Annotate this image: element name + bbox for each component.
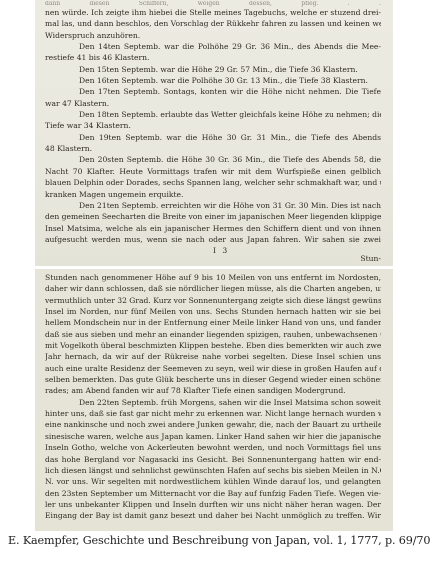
text-line: Tiefe war 34 Klastern.	[45, 120, 381, 131]
catchword: Stun-	[360, 253, 381, 264]
text-line: Den 22ten Septemb. früh Morgens, sahen w…	[45, 397, 381, 408]
text-line: Insel im Norden, nur fünf Meilen von uns…	[45, 306, 381, 317]
text-line: Den 19ten Septemb. war die Höhe 30 Gr. 3…	[45, 132, 381, 143]
text-line: Jahr hernach, da wir auf der Rükreise na…	[45, 351, 381, 362]
text-line: hinter uns, daß sie fast gar nicht mehr …	[45, 408, 381, 419]
text-line: Den 14ten Septemb. war die Polhöhe 29 Gr…	[45, 41, 381, 52]
page-scan-70: Stunden nach genommener Höhe auf 9 bis 1…	[35, 269, 393, 531]
text-line: war 47 Klastern.	[45, 98, 381, 109]
text-line: rades; am Abend fanden wir auf 78 Klafte…	[45, 385, 381, 396]
text-line: aufgesucht werden mus, wenn sie nach ode…	[45, 234, 381, 245]
text-line: Den 17ten Septemb. Sontags, konten wir d…	[45, 86, 381, 97]
source-caption: E. Kaempfer, Geschichte und Beschreibung…	[8, 534, 440, 547]
text-line: vermuthlich unter 32 Grad. Kurz vor Sonn…	[45, 295, 381, 306]
text-line: hellem Mondschein nur in der Entfernung …	[45, 317, 381, 328]
text-line: auch eine uralte Residenz der Seemeven z…	[45, 363, 381, 374]
text-line: Den 18ten Septemb. erlaubte das Wetter g…	[45, 109, 381, 120]
text-line: selben bemerkten. Das gute Glük beschert…	[45, 374, 381, 385]
text-line: Eingang der Bay ist damit ganz besezt un…	[45, 510, 381, 521]
text-line: eine nankinsche und noch zwei andere Jun…	[45, 419, 381, 430]
text-line: N. vor uns. Wir segelten mit nordwestlic…	[45, 476, 381, 487]
page-scan-69: dann diesen Schiffern, weigen dessen, pf…	[35, 0, 393, 266]
text-line: 48 Klastern.	[45, 143, 381, 154]
text-line: kranken Magen ungemein erquikte.	[45, 189, 381, 200]
text-line: den 23sten September um Mitternacht vor …	[45, 488, 381, 499]
text-line: blauen Delphin oder Dorades, sechs Spann…	[45, 177, 381, 188]
text-line: restiefe 41 bis 46 Klastern.	[45, 52, 381, 63]
text-line: Den 20sten Septemb. die Höhe 30 Gr. 36 M…	[45, 154, 381, 165]
text-line: Insel Matsima, welche als ein japanische…	[45, 223, 381, 234]
text-line: Den 16ten Septemb. war die Polhöhe 30 Gr…	[45, 75, 381, 86]
text-line: den gemeinen Seecharten die Breite von e…	[45, 211, 381, 222]
text-line: Nacht 70 Klafter. Heute Vormittags trafe…	[45, 166, 381, 177]
text-line: mal las, und dann beschlos, den Vorschla…	[45, 18, 381, 29]
text-line: Widerspruch anzuhören.	[45, 30, 381, 41]
text-line: mit Vogelkoth überal beschmizten Klippen…	[45, 340, 381, 351]
text-line: sinesische waren, welche aus Japan kamen…	[45, 431, 381, 442]
text-line: daß sie aus sieben und mehr an einander …	[45, 329, 381, 340]
signature-mark: I 3	[213, 245, 229, 256]
text-line: ler uns unbekanter Klippen und Inseln du…	[45, 499, 381, 510]
text-line: das hohe Bergland vor Nagasacki ins Gesi…	[45, 454, 381, 465]
text-line: Den 15ten Septemb. war die Höhe 29 Gr. 5…	[45, 64, 381, 75]
text-line: Stunden nach genommener Höhe auf 9 bis 1…	[45, 272, 381, 283]
page-footer: I 3 Stun-	[45, 245, 381, 256]
text-line: lich diesen längst und sehnlichst gewüns…	[45, 465, 381, 476]
text-line: Inseln Gotho, welche von Ackerleuten bew…	[45, 442, 381, 453]
text-line: daher wir dann schlossen, daß sie nördli…	[45, 283, 381, 294]
text-line: Den 21ten Septemb. erreichten wir die Hö…	[45, 200, 381, 211]
text-line: nen würde. Ich zeigte ihm hiebei die Ste…	[45, 7, 381, 18]
